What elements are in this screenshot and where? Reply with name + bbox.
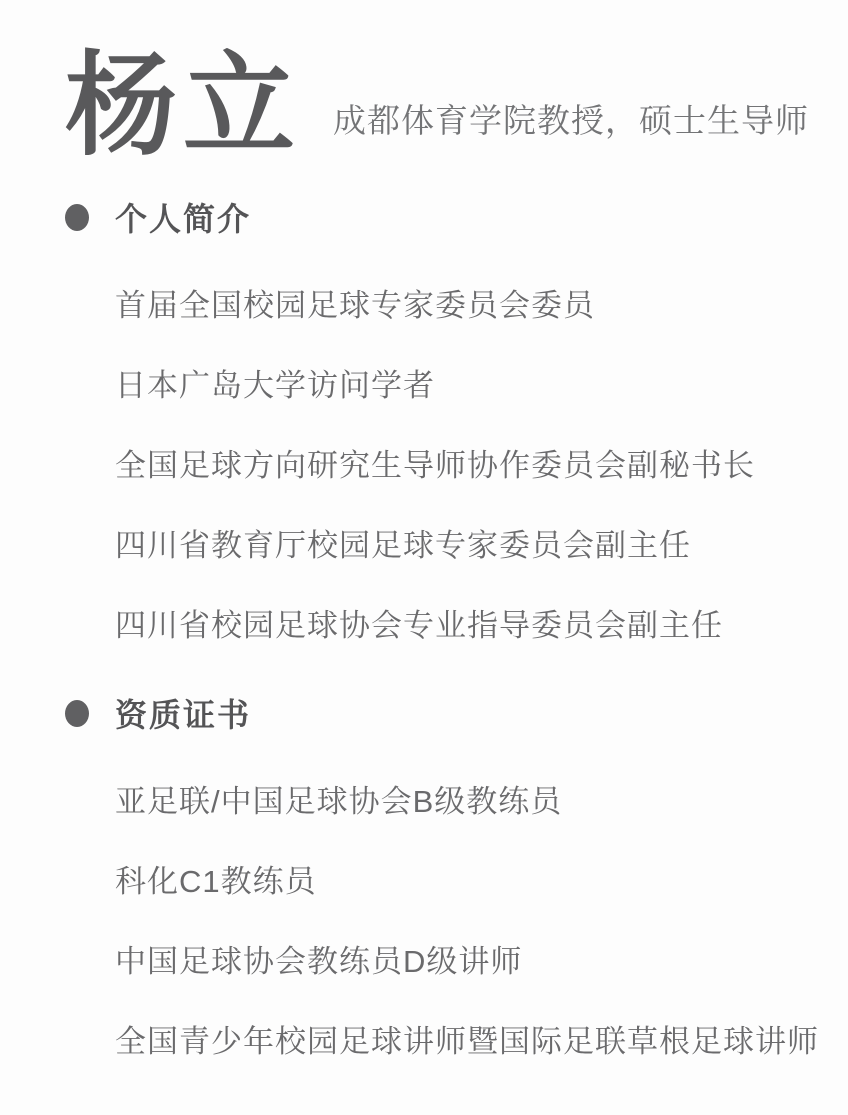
list-item: 亚足联/中国足球协会B级教练员 [115,786,808,817]
section-title: 资质证书 [115,690,251,736]
bullet-icon [65,204,89,231]
list-item: 科化C1教练员 [115,866,808,897]
list-item: 首届全国校园足球专家委员会委员 [115,290,808,321]
profile-subtitle: 成都体育学院教授，硕士生导师 [333,95,809,142]
section-title: 个人简介 [115,194,251,240]
personal-profile-list: 首届全国校园足球专家委员会委员 日本广岛大学访问学者 全国足球方向研究生导师协作… [65,290,808,641]
list-item: 四川省校园足球协会专业指导委员会副主任 [115,610,808,641]
list-item: 全国青少年校园足球讲师暨国际足联草根足球讲师 [115,1026,808,1057]
list-item: 中国足球协会教练员D级讲师 [115,946,808,977]
profile-name: 杨立 [65,40,301,172]
section-header: 个人简介 [65,194,808,240]
profile-header: 杨立 成都体育学院教授，硕士生导师 [65,40,808,172]
list-item: 日本广岛大学访问学者 [115,370,808,401]
list-item: 全国足球方向研究生导师协作委员会副秘书长 [115,450,808,481]
bullet-icon [65,700,89,727]
profile-page: 杨立 成都体育学院教授，硕士生导师 个人简介 首届全国校园足球专家委员会委员 日… [0,0,848,1115]
section-personal-profile: 个人简介 首届全国校园足球专家委员会委员 日本广岛大学访问学者 全国足球方向研究… [65,194,808,641]
qualifications-list: 亚足联/中国足球协会B级教练员 科化C1教练员 中国足球协会教练员D级讲师 全国… [65,786,808,1057]
section-header: 资质证书 [65,690,808,736]
section-qualifications: 资质证书 亚足联/中国足球协会B级教练员 科化C1教练员 中国足球协会教练员D级… [65,690,808,1057]
list-item: 四川省教育厅校园足球专家委员会副主任 [115,530,808,561]
